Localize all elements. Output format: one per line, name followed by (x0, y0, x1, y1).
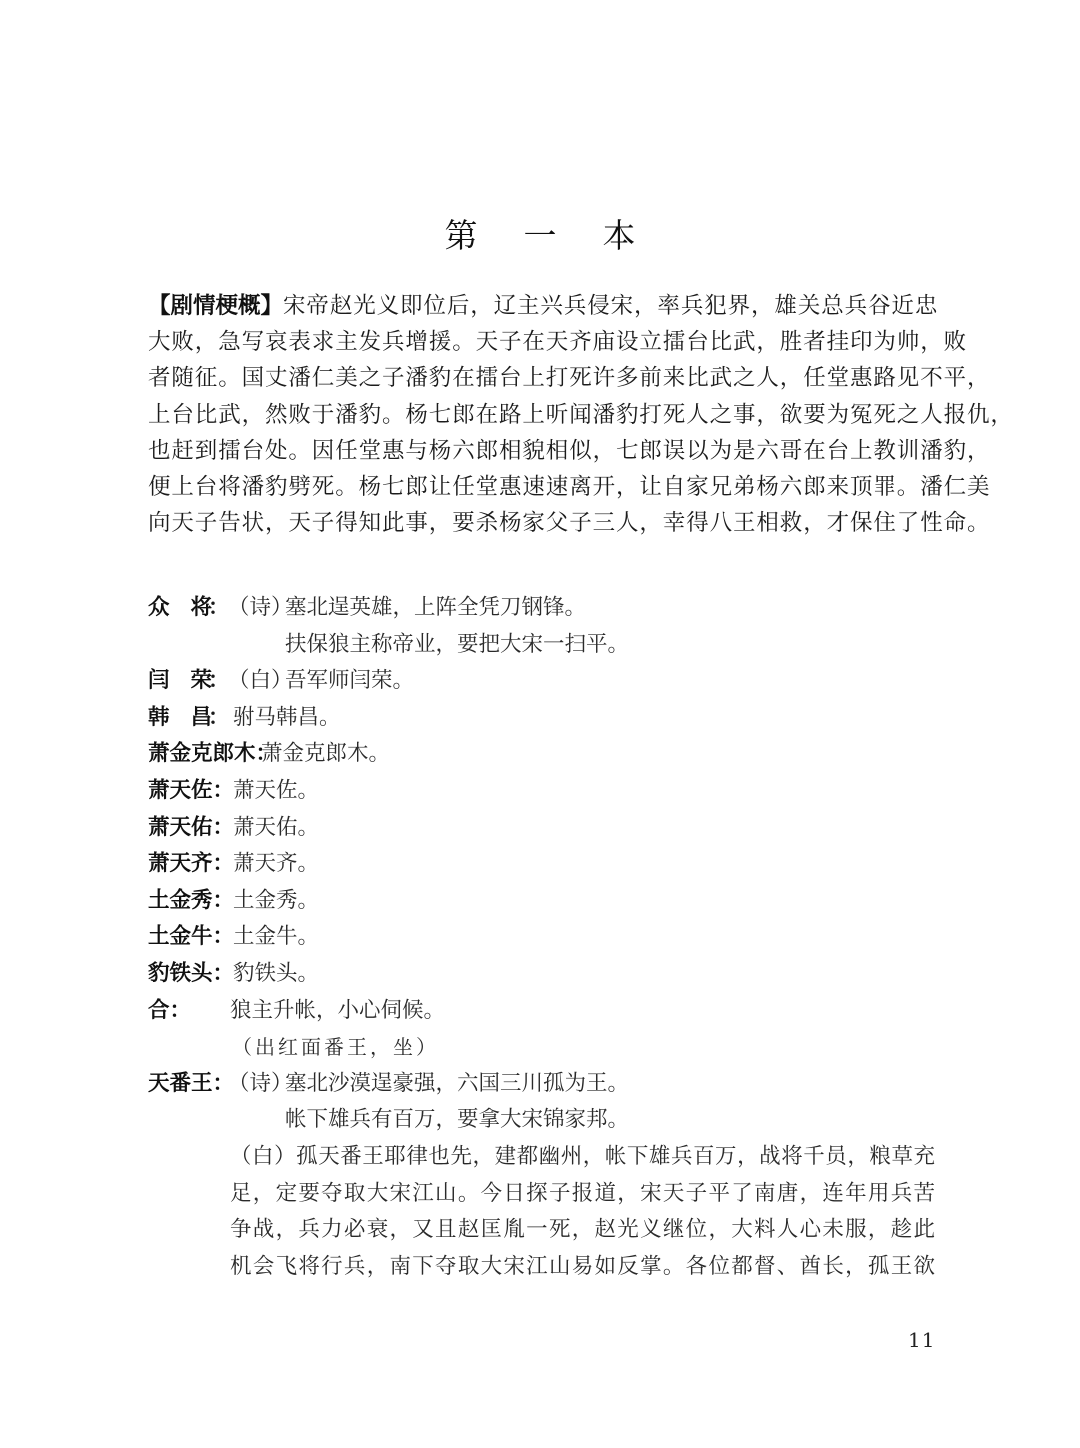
speech-text: 机会飞将行兵，南下夺取大宋江山易如反掌。各位都督、酋长，孤王欲 (230, 1249, 935, 1286)
dialogue-line: 闫荣 ： （白） 吾军师闫荣。 (148, 663, 938, 700)
speech-text: 足，定要夺取大宋江山。今日探子报道，宋天子平了南唐，连年用兵苦 (230, 1176, 935, 1213)
dialogue-line: 萧天佐： 萧天佐。 (148, 773, 938, 810)
dialogue-line: 足，定要夺取大宋江山。今日探子报道，宋天子平了南唐，连年用兵苦 (148, 1176, 938, 1213)
dialogue-line: 豹铁头： 豹铁头。 (148, 956, 938, 993)
speaker-colon: ： (213, 778, 235, 803)
dialogue-line: 众将 ： （诗） 塞北逞英雄，上阵全凭刀钢锋。 (148, 590, 938, 627)
speech-text: 萧天齐。 (233, 846, 319, 883)
speech-text: 帐下雄兵有百万，要拿大宋锦家邦。 (285, 1102, 629, 1139)
page-title: 第一本 (0, 210, 1080, 257)
delivery-tag: （诗） (228, 1066, 293, 1103)
dialogue-line: 萧金克郎木： 萧金克郎木。 (148, 736, 938, 773)
synopsis-line: 大败，急写哀表求主发兵增援。天子在天齐庙设立擂台比武，胜者挂印为帅，败 (148, 324, 934, 360)
speaker-name: 萧金克郎木： (148, 736, 277, 773)
synopsis-line-text: 宋帝赵光义即位后，辽主兴兵侵宋，率兵犯界，雄关总兵谷近忠 (283, 293, 938, 319)
speaker-name: 合： (148, 993, 191, 1030)
speaker-colon: ： (213, 815, 235, 840)
dialogue-line: 土金牛： 土金牛。 (148, 919, 938, 956)
speaker-name: 豹铁头： (148, 956, 234, 993)
speaker-name: 土金秀： (148, 883, 234, 920)
dialogue-line: 土金秀： 土金秀。 (148, 883, 938, 920)
synopsis-line: 上台比武，然败于潘豹。杨七郎在路上听闻潘豹打死人之事，欲要为冤死之人报仇， (148, 397, 934, 433)
speaker-colon: ： (213, 961, 235, 986)
dialogue-line: （白）孤天番王耶律也先，建都幽州，帐下雄兵百万，战将千员，粮草充 (148, 1139, 938, 1176)
speaker-name: 萧天佑： (148, 810, 234, 847)
dialogue-line: 扶保狼主称帝业，要把大宋一扫平。 (148, 627, 938, 664)
speaker-colon: ： (213, 851, 235, 876)
speaker-colon: ： (208, 590, 230, 627)
speech-text: 争战，兵力必衰，又且赵匡胤一死，赵光义继位，大料人心未服，趁此 (230, 1212, 935, 1249)
speech-text: 豹铁头。 (233, 956, 319, 993)
dialogue-line: 韩昌 ： 驸马韩昌。 (148, 700, 938, 737)
speech-text: 土金秀。 (233, 883, 319, 920)
speech-text: 驸马韩昌。 (233, 700, 341, 737)
speaker-name: 土金牛： (148, 919, 234, 956)
page-number: 11 (908, 1328, 935, 1352)
speech-text: （白）孤天番王耶律也先，建都幽州，帐下雄兵百万，战将千员，粮草充 (230, 1139, 935, 1176)
synopsis-line: 【剧情梗概】宋帝赵光义即位后，辽主兴兵侵宋，率兵犯界，雄关总兵谷近忠 (148, 288, 934, 324)
speech-text: 狼主升帐，小心伺候。 (230, 993, 445, 1030)
synopsis-line: 者随征。国丈潘仁美之子潘豹在擂台上打死许多前来比武之人，任堂惠路见不平， (148, 360, 934, 396)
speaker-colon: ： (213, 888, 235, 913)
dialogue-line: 萧天佑： 萧天佑。 (148, 810, 938, 847)
synopsis-label: 【剧情梗概】 (148, 293, 283, 319)
synopsis-line: 也赶到擂台处。因任堂惠与杨六郎相貌相似，七郎误以为是六哥在台上教训潘豹， (148, 433, 934, 469)
speaker-name: 天番王： (148, 1066, 234, 1103)
speech-text: 萧金克郎木。 (261, 736, 390, 773)
speech-text: 塞北逞英雄，上阵全凭刀钢锋。 (285, 590, 586, 627)
speech-text: 萧天佐。 (233, 773, 319, 810)
speaker-colon: ： (213, 924, 235, 949)
speech-text: 扶保狼主称帝业，要把大宋一扫平。 (285, 627, 629, 664)
speech-text: 吾军师闫荣。 (285, 663, 414, 700)
dialogue-line: 合： 狼主升帐，小心伺候。 (148, 993, 938, 1030)
speaker-name: 萧天佐： (148, 773, 234, 810)
dialogue-line: 天番王： （诗） 塞北沙漠逞豪强，六国三川孤为王。 (148, 1066, 938, 1103)
speech-text: 萧天佑。 (233, 810, 319, 847)
speaker-colon: ： (170, 998, 192, 1023)
dialogue-line: 争战，兵力必衰，又且赵匡胤一死，赵光义继位，大料人心未服，趁此 (148, 1212, 938, 1249)
speaker-name: 萧天齐： (148, 846, 234, 883)
synopsis-paragraph: 【剧情梗概】宋帝赵光义即位后，辽主兴兵侵宋，率兵犯界，雄关总兵谷近忠 大败，急写… (148, 288, 934, 541)
stage-direction-text: （出红面番王，坐） (232, 1029, 439, 1066)
speech-text: 土金牛。 (233, 919, 319, 956)
speaker-colon: ： (208, 663, 230, 700)
script-dialogue: 众将 ： （诗） 塞北逞英雄，上阵全凭刀钢锋。 扶保狼主称帝业，要把大宋一扫平。… (148, 590, 938, 1285)
delivery-tag: （白） (228, 663, 293, 700)
dialogue-line: 萧天齐： 萧天齐。 (148, 846, 938, 883)
dialogue-line: 帐下雄兵有百万，要拿大宋锦家邦。 (148, 1102, 938, 1139)
delivery-tag: （诗） (228, 590, 293, 627)
stage-direction: （出红面番王，坐） (148, 1029, 938, 1066)
synopsis-line: 便上台将潘豹劈死。杨七郎让任堂惠速速离开，让自家兄弟杨六郎来顶罪。潘仁美 (148, 469, 934, 505)
dialogue-line: 机会飞将行兵，南下夺取大宋江山易如反掌。各位都督、酋长，孤王欲 (148, 1249, 938, 1286)
speaker-colon: ： (208, 700, 230, 737)
synopsis-line: 向天子告状，天子得知此事，要杀杨家父子三人，幸得八王相救，才保住了性命。 (148, 505, 934, 541)
speech-text: 塞北沙漠逞豪强，六国三川孤为王。 (285, 1066, 629, 1103)
